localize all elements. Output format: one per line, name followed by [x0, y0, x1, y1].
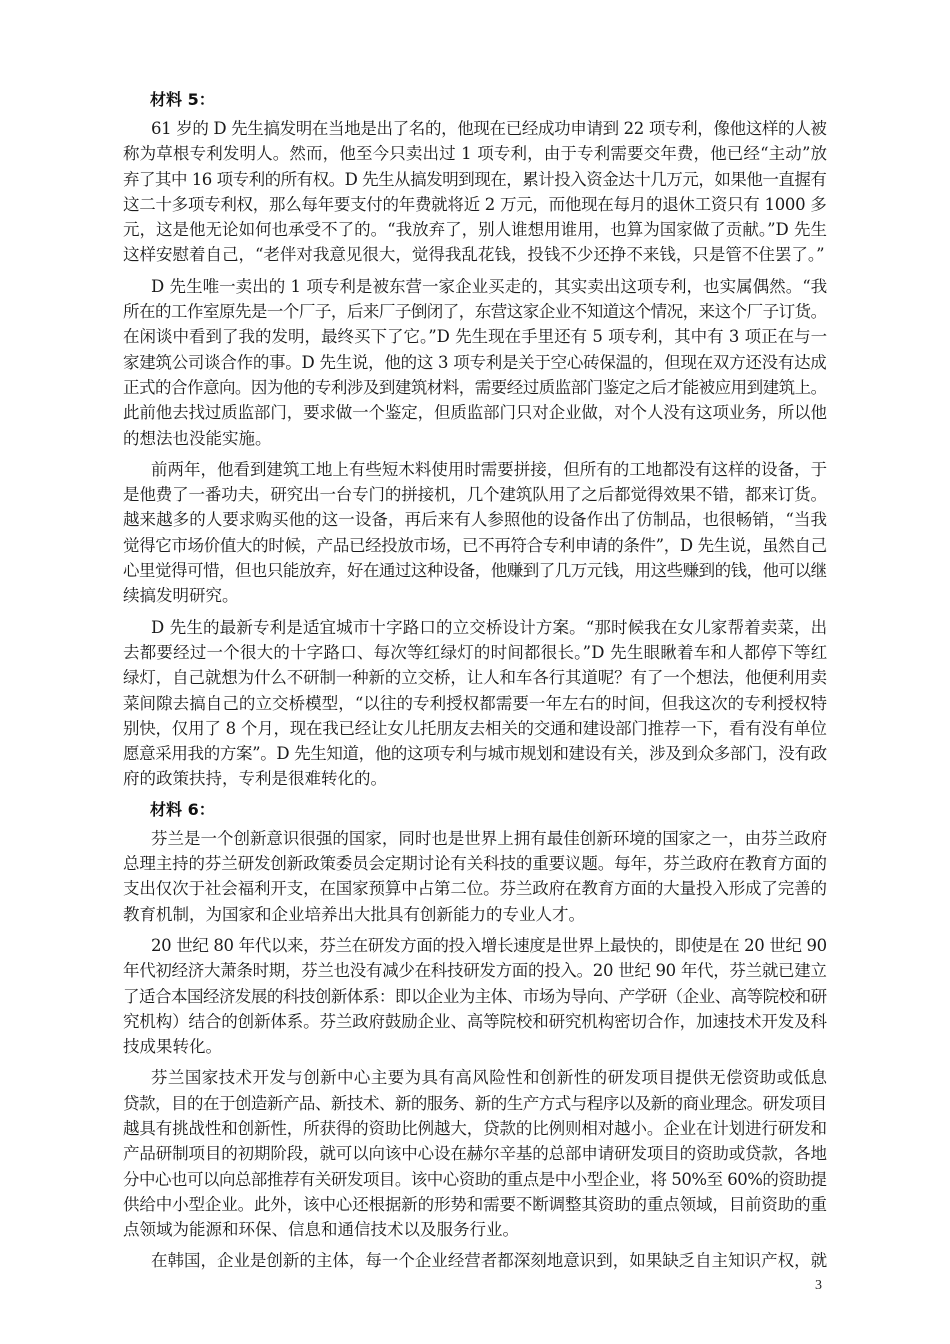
text-line: 所在的工作室原先是一个厂子，后来厂子倒闭了，东营这家企业不知道这个情况，来这个厂… — [123, 299, 827, 324]
text-line: 元，这是他无论如何也承受不了的。“我放弃了，别人谁想用谁用，也算为国家做了贡献。… — [123, 217, 827, 242]
text-line: 是他费了一番功夫，研究出一台专门的拼接机，几个建筑队用了之后都觉得效果不错，都来… — [123, 482, 827, 507]
text-line: 弃了其中 16 项专利的所有权。D 先生从搞发明到现在，累计投入资金达十几万元，… — [123, 167, 827, 192]
text-line: 在闲谈中看到了我的发明，最终买下了它。”D 先生现在手里还有 5 项专利，其中有… — [123, 324, 827, 349]
text-line: D 先生唯一卖出的 1 项专利是被东营一家企业买走的，其实卖出这项专利，也实属偶… — [123, 274, 827, 299]
text-line: 这二十多项专利权，那么每年要支付的年费就将近 2 万元，而他现在每月的退休工资只… — [123, 192, 827, 217]
text-line: 点领域为能源和环保、信息和通信技术以及服务行业。 — [123, 1217, 827, 1242]
text-line: 这样安慰着自己，“老伴对我意见很大，觉得我乱花钱，投钱不少还挣不来钱，只是管不住… — [123, 242, 827, 267]
text-line: 绿灯，自己就想为什么不研制一种新的立交桥，让人和车各行其道呢？有了一个想法，他便… — [123, 665, 827, 690]
section-heading: 材料 5： — [150, 88, 827, 112]
text-line: 前两年，他看到建筑工地上有些短木料使用时需要拼接，但所有的工地都没有这样的设备，… — [123, 457, 827, 482]
text-line: 觉得它市场价值大的时候，产品已经投放市场，已不再符合专利申请的条件”，D 先生说… — [123, 533, 827, 558]
text-line: 61 岁的 D 先生搞发明在当地是出了名的，他现在已经成功申请到 22 项专利，… — [123, 116, 827, 141]
text-line: 家建筑公司谈合作的事。D 先生说，他的这 3 项专利是关于空心砖保温的，但现在双… — [123, 350, 827, 375]
text-line: 别快，仅用了 8 个月，现在我已经让女儿托朋友去相关的交通和建设部门推荐一下，看… — [123, 716, 827, 741]
text-line: 愿意采用我的方案”。D 先生知道，他的这项专利与城市规划和建设有关，涉及到众多部… — [123, 741, 827, 766]
text-line: 府的政策扶持，专利是很难转化的。 — [123, 766, 827, 791]
text-line: 续搞发明研究。 — [123, 583, 827, 608]
paragraph: 在韩国，企业是创新的主体，每一个企业经营者都深刻地意识到，如果缺乏自主知识产权，… — [123, 1248, 827, 1273]
section-heading: 材料 6： — [150, 798, 827, 822]
text-line: 供给中小型企业。此外，该中心还根据新的形势和需要不断调整其资助的重点领域，目前资… — [123, 1192, 827, 1217]
paragraph: 芬兰是一个创新意识很强的国家，同时也是世界上拥有最佳创新环境的国家之一，由芬兰政… — [123, 826, 827, 927]
text-line: 此前他去找过质监部门，要求做一个鉴定，但质监部门只对企业做，对个人没有这项业务，… — [123, 400, 827, 425]
text-line: 究机构）结合的创新体系。芬兰政府鼓励企业、高等院校和研究机构密切合作，加速技术开… — [123, 1009, 827, 1034]
paragraph: 芬兰国家技术开发与创新中心主要为具有高风险性和创新性的研发项目提供无偿资助或低息… — [123, 1065, 827, 1242]
text-line: 心里觉得可惜，但也只能放弃，好在通过这种设备，他赚到了几万元钱，用这些赚到的钱，… — [123, 558, 827, 583]
text-line: 了适合本国经济发展的科技创新体系：即以企业为主体、市场为导向、产学研（企业、高等… — [123, 984, 827, 1009]
text-line: 年代初经济大萧条时期，芬兰也没有减少在科技研发方面的投入。20 世纪 90 年代… — [123, 958, 827, 983]
text-line: 产品研制项目的初期阶段，就可以向该中心设在赫尔辛基的总部申请研发项目的资助或贷款… — [123, 1141, 827, 1166]
paragraph: D 先生唯一卖出的 1 项专利是被东营一家企业买走的，其实卖出这项专利，也实属偶… — [123, 274, 827, 451]
text-line: 的想法也没能实施。 — [123, 426, 827, 451]
paragraph: 20 世纪 80 年代以来，芬兰在研发方面的投入增长速度是世界上最快的，即使是在… — [123, 933, 827, 1059]
text-line: D 先生的最新专利是适宜城市十字路口的立交桥设计方案。“那时候我在女儿家帮着卖菜… — [123, 615, 827, 640]
text-line: 芬兰国家技术开发与创新中心主要为具有高风险性和创新性的研发项目提供无偿资助或低息 — [123, 1065, 827, 1090]
text-line: 越具有挑战性和创新性，所获得的资助比例越大，贷款的比例则相对越小。企业在计划进行… — [123, 1116, 827, 1141]
text-line: 菜间隙去搞自己的立交桥模型，“以往的专利授权都需要一年左右的时间，但我这次的专利… — [123, 691, 827, 716]
text-line: 称为草根专利发明人。然而，他至今只卖出过 1 项专利，由于专利需要交年费，他已经… — [123, 141, 827, 166]
document-page: 材料 5：61 岁的 D 先生搞发明在当地是出了名的，他现在已经成功申请到 22… — [123, 88, 827, 1280]
text-line: 在韩国，企业是创新的主体，每一个企业经营者都深刻地意识到，如果缺乏自主知识产权，… — [123, 1248, 827, 1273]
text-line: 教育机制，为国家和企业培养出大批具有创新能力的专业人才。 — [123, 902, 827, 927]
text-line: 技成果转化。 — [123, 1034, 827, 1059]
text-line: 越来越多的人要求购买他的这一设备，再后来有人参照他的设备作出了仿制品，也很畅销，… — [123, 507, 827, 532]
page-number: 3 — [815, 1278, 822, 1294]
text-line: 芬兰是一个创新意识很强的国家，同时也是世界上拥有最佳创新环境的国家之一，由芬兰政… — [123, 826, 827, 851]
text-line: 去都要经过一个很大的十字路口、每次等红绿灯的时间都很长。”D 先生眼瞅着车和人都… — [123, 640, 827, 665]
text-line: 贷款，目的在于创造新产品、新技术、新的服务、新的生产方式与程序以及新的商业理念。… — [123, 1091, 827, 1116]
paragraph: 前两年，他看到建筑工地上有些短木料使用时需要拼接，但所有的工地都没有这样的设备，… — [123, 457, 827, 609]
paragraph: 61 岁的 D 先生搞发明在当地是出了名的，他现在已经成功申请到 22 项专利，… — [123, 116, 827, 268]
text-line: 20 世纪 80 年代以来，芬兰在研发方面的投入增长速度是世界上最快的，即使是在… — [123, 933, 827, 958]
text-line: 总理主持的芬兰研发创新政策委员会定期讨论有关科技的重要议题。每年，芬兰政府在教育… — [123, 851, 827, 876]
text-line: 分中心也可以向总部推荐有关研发项目。该中心资助的重点是中小型企业，将 50%至 … — [123, 1167, 827, 1192]
paragraph: D 先生的最新专利是适宜城市十字路口的立交桥设计方案。“那时候我在女儿家帮着卖菜… — [123, 615, 827, 792]
text-line: 正式的合作意向。因为他的专利涉及到建筑材料，需要经过质监部门鉴定之后才能被应用到… — [123, 375, 827, 400]
text-line: 支出仅次于社会福利开支，在国家预算中占第二位。芬兰政府在教育方面的大量投入形成了… — [123, 876, 827, 901]
